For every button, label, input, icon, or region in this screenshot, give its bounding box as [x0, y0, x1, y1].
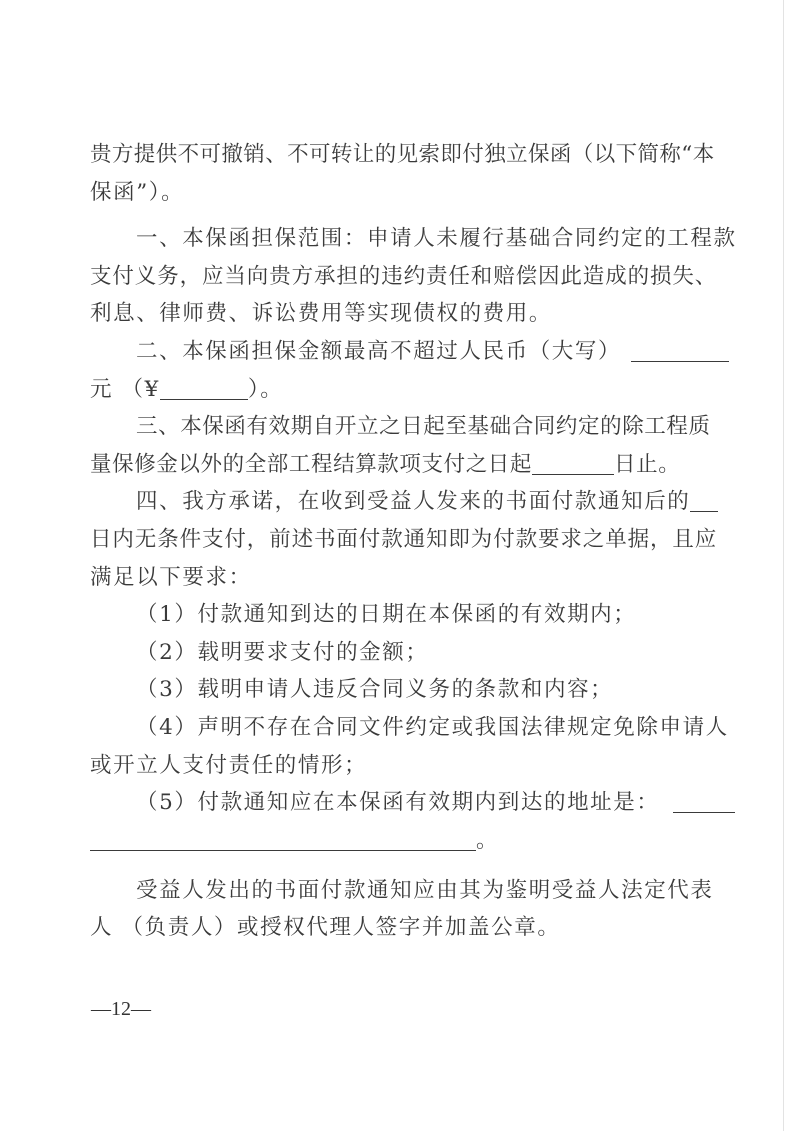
closing-line-2: 人 （负责人）或授权代理人签字并加盖公章。: [90, 909, 686, 947]
clause-3-suffix: 日止。: [614, 452, 680, 477]
amount-in-figures-blank[interactable]: [160, 377, 248, 400]
clause-2-line-2: 元 （¥）。: [90, 371, 686, 409]
requirement-4-line-2: 或开立人支付责任的情形；: [90, 747, 686, 785]
requirement-4-line-1: （4）声明不存在合同文件约定或我国法律规定免除申请人: [90, 709, 686, 747]
document-page: 贵方提供不可撤销、不可转让的见索即付独立保函（以下简称“本 保函”）。 一、本保…: [90, 136, 686, 947]
clause-4-line-1: 四、我方承诺，在收到受益人发来的书面付款通知后的: [90, 483, 686, 521]
amount-in-words-blank[interactable]: [631, 339, 729, 362]
clause-3-line-2: 量保修金以外的全部工程结算款项支付之日起日止。: [90, 446, 686, 484]
expiry-date-blank[interactable]: [532, 452, 614, 475]
clause-1-line-2: 支付义务，应当向贵方承担的违约责任和赔偿因此造成的损失、: [90, 258, 686, 296]
clause-4-line-2: 日内无条件支付，前述书面付款通知即为付款要求之单据，且应: [90, 521, 686, 559]
clause-2-text: 二、本保函担保金额最高不超过人民币（大写）: [136, 339, 621, 364]
intro-line-2: 保函”）。: [90, 174, 686, 212]
requirement-1: （1）付款通知到达的日期在本保函的有效期内；: [90, 596, 686, 634]
requirement-3: （3）载明申请人违反合同义务的条款和内容；: [90, 671, 686, 709]
requirement-5-line-2: 。: [90, 822, 686, 866]
clause-1-line-1: 一、本保函担保范围：申请人未履行基础合同约定的工程款: [90, 220, 686, 258]
payment-days-blank[interactable]: [690, 489, 718, 512]
clause-4-line-3: 满足以下要求：: [90, 559, 686, 597]
requirement-5-line-1: （5）付款通知应在本保函有效期内到达的地址是：: [90, 784, 686, 822]
page-number: —12—: [91, 998, 151, 1021]
clause-2-line-1: 二、本保函担保金额最高不超过人民币（大写）: [90, 333, 686, 371]
address-blank-1[interactable]: [673, 790, 735, 813]
clause-3-line-1: 三、本保函有效期自开立之日起至基础合同约定的除工程质: [90, 408, 686, 446]
currency-suffix: ）。: [248, 377, 283, 402]
requirement-5-suffix: 。: [476, 828, 499, 853]
requirement-5-text: （5）付款通知应在本保函有效期内到达的地址是：: [136, 790, 659, 815]
requirement-2: （2）载明要求支付的金额；: [90, 634, 686, 672]
closing-line-1: 受益人发出的书面付款通知应由其为鉴明受益人法定代表: [90, 872, 686, 910]
clause-1-line-3: 利息、律师费、诉讼费用等实现债权的费用。: [90, 295, 686, 333]
clause-4-text: 四、我方承诺，在收到受益人发来的书面付款通知后的: [136, 489, 690, 514]
intro-line-1: 贵方提供不可撤销、不可转让的见索即付独立保函（以下简称“本: [90, 136, 686, 174]
page-edge-line: [783, 0, 784, 1131]
currency-prefix: 元 （¥: [90, 377, 160, 402]
address-blank-2[interactable]: [90, 828, 476, 851]
clause-3-text: 量保修金以外的全部工程结算款项支付之日起: [90, 452, 532, 477]
